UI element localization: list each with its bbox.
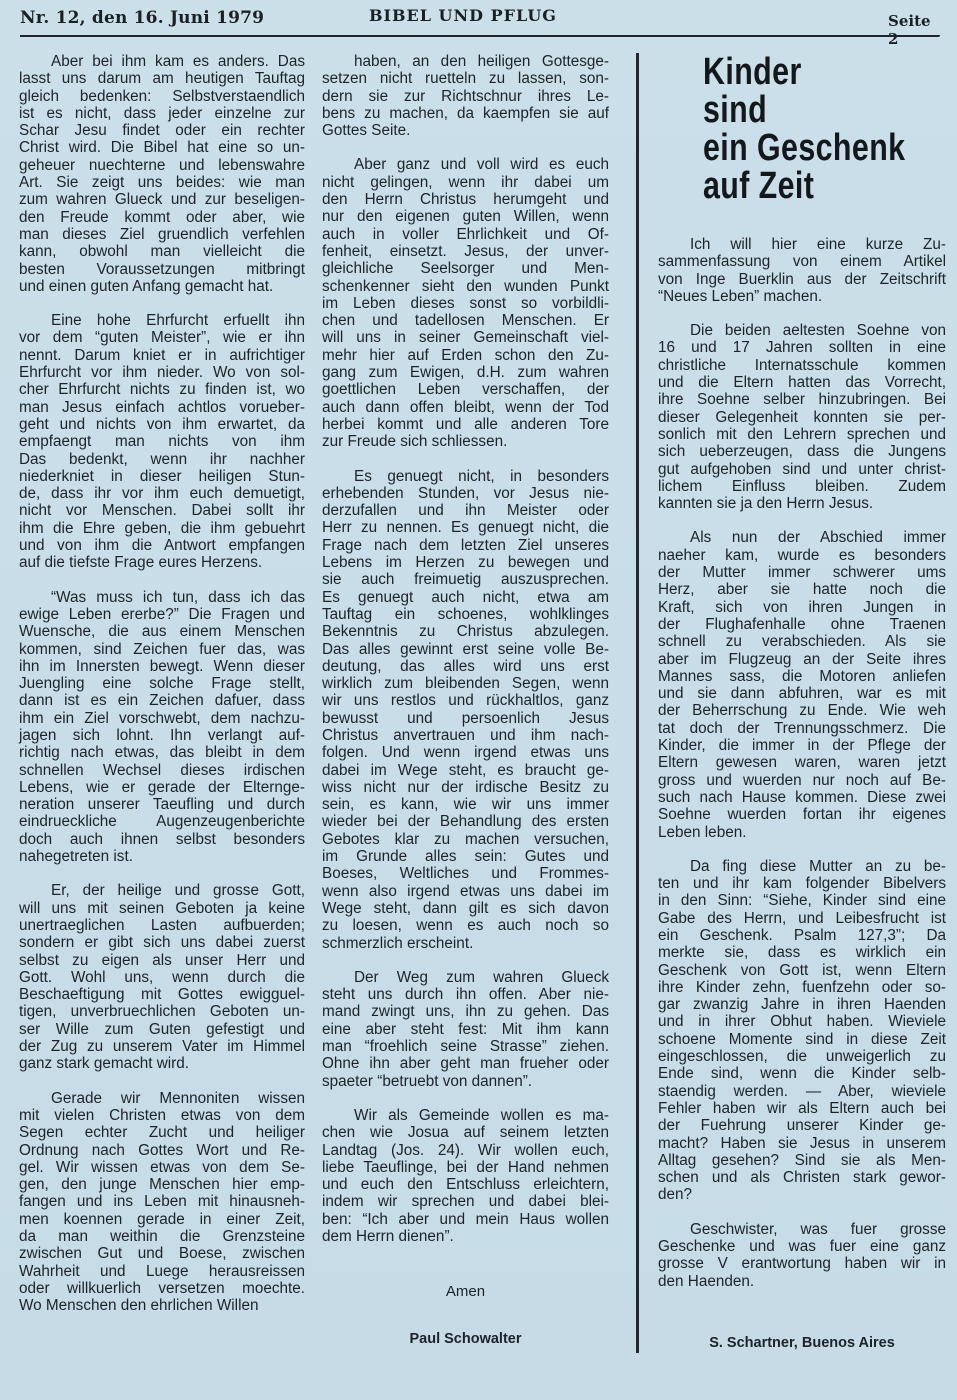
text-line: und in ihrer Obhut haben. Wieviele <box>658 1013 946 1030</box>
paragraph: Geschwister, was fuer grosseGeschenke un… <box>658 1221 946 1290</box>
text-line: Mannes sass, die Motoren anliefen <box>658 668 946 685</box>
text-line: schmerzlich erscheint. <box>322 935 609 952</box>
text-line: und von ihm die Antwort empfangen <box>19 537 305 554</box>
text-line: schen und als Christen stark gewor- <box>658 1169 946 1186</box>
text-line: Geschenk von Gott ist, wenn Eltern <box>658 962 946 979</box>
text-line: Boeses, Weltliches und Frommes- <box>322 865 609 882</box>
text-line: dann ist es ein Zeichen dafuer, dass <box>19 692 305 709</box>
text-line: merkte sie, dass es wirklich ein <box>658 944 946 961</box>
paragraph: Ich will hier eine kurze Zu-sammenfassun… <box>658 236 946 305</box>
text-line: Leben leben. <box>658 824 946 841</box>
text-line: de, dass ihr vor ihm euch demuetigt, <box>19 485 305 502</box>
text-line: bewusst und persoenlich Jesus <box>322 710 609 727</box>
text-line: eingeschlossen, die unweigerlich zu <box>658 1048 946 1065</box>
text-line: Gott. Wohl uns, wenn durch die <box>19 969 305 986</box>
text-line: Herr zu nennen. Es genuegt nicht, die <box>322 519 609 536</box>
text-line: auch in voller Ehrlichkeit und Of- <box>322 226 609 243</box>
text-line: goettlichen Leben verschaffen, der <box>322 381 609 398</box>
text-line: geheuer nuechterne und lebenswahre <box>19 157 305 174</box>
text-line: “Neues Leben” machen. <box>658 288 946 305</box>
text-line: 16 und 17 Jahren sollten in eine <box>658 339 946 356</box>
text-line: dieser Gelegenheit konnten sie per- <box>658 409 946 426</box>
text-line: Das alles gewinnt erst seine volle Be- <box>322 641 609 658</box>
text-line: Aber ganz und voll wird es euch <box>322 156 609 173</box>
text-line: der Fuehrung unserer Kinder ge- <box>658 1117 946 1134</box>
paragraph: Aber ganz und voll wird es euchnicht gel… <box>322 156 609 450</box>
text-line: Frage nach dem letzten Ziel unseres <box>322 537 609 554</box>
text-line: gar zwanzig Jahre in ihren Haenden <box>658 996 946 1013</box>
text-line: Beschaeftigung mit Gottes ewigguel- <box>19 986 305 1003</box>
text-line: und die Eltern hatten das Vorrecht, <box>658 374 946 391</box>
text-line: richtig nach etwas, das bleibt in dem <box>19 744 305 761</box>
text-line: Wege steht, dann gilt es sich davon <box>322 900 609 917</box>
text-line: Der Weg zum wahren Glueck <box>322 969 609 986</box>
text-line: ihre Soehne selber hinzubringen. Bei <box>658 391 946 408</box>
text-line: eindrueckliche Augenzeugenberichte <box>19 813 305 830</box>
text-line: kannten sie ja den Herrn Jesus. <box>658 495 946 512</box>
paragraph: haben, an den heiligen Gottesge-setzen n… <box>322 53 609 139</box>
paragraph: Der Weg zum wahren Gluecksteht uns durch… <box>322 969 609 1090</box>
text-line: men koennen gerade in einer Zeit, <box>19 1211 305 1228</box>
text-line: kann, obwohl man vielleicht die <box>19 243 305 260</box>
text-line: fenheit, einsetzt. Jesus, der unver- <box>322 243 609 260</box>
text-line: grosse V erantwortung haben wir in <box>658 1255 946 1272</box>
text-line: Ende sind, wenn die Kinder selb- <box>658 1065 946 1082</box>
text-line: zur Freude sich schliessen. <box>322 433 609 450</box>
paragraph: Er, der heilige und grosse Gott,will uns… <box>19 882 305 1072</box>
text-line: ser Wille zum Guten gefestigt und <box>19 1021 305 1038</box>
text-line: Die beiden aeltesten Soehne von <box>658 322 946 339</box>
article2-column: Ich will hier eine kurze Zu-sammenfassun… <box>658 236 946 1307</box>
headline-line: Kinder <box>703 53 906 91</box>
text-line: such nach Hause kommen. Diese zwei <box>658 789 946 806</box>
text-line: mit vielen Christen etwas von dem <box>19 1107 305 1124</box>
text-line: Juengling eine solche Frage stellt, <box>19 675 305 692</box>
text-line: folgen. Und wenn irgend etwas uns <box>322 744 609 761</box>
text-line: nicht vor Menschen. Dabei sollt ihr <box>19 502 305 519</box>
text-line: und euch den Entschluss erleichtern, <box>322 1176 609 1193</box>
text-line: Wahrheit und Luege herausreissen <box>19 1263 305 1280</box>
text-line: nur den eigenen guten Willen, wenn <box>322 208 609 225</box>
text-line: wenn also irgend etwas uns dabei im <box>322 883 609 900</box>
text-line: staendig werden. — Aber, wieviele <box>658 1083 946 1100</box>
text-line: wiss nicht nur der irdische Besitz zu <box>322 779 609 796</box>
text-line: empfaengt man nichts von ihm <box>19 433 305 450</box>
text-line: sondern er gibt sich uns dabei zuerst <box>19 934 305 951</box>
text-line: Eine hohe Ehrfurcht erfuellt ihn <box>19 312 305 329</box>
text-line: unertraeglichen Lasten aufbuerden; <box>19 917 305 934</box>
text-line: gleichliche Seelsorger und Men- <box>322 260 609 277</box>
text-line: neration unserer Taeufling und durch <box>19 796 305 813</box>
text-line: Schar Jesu findet oder ein rechter <box>19 122 305 139</box>
header-rule <box>20 35 940 37</box>
text-line: lasst uns darum am heutigen Tauftag <box>19 70 305 87</box>
text-line: will uns mit seinen Geboten ja keine <box>19 900 305 917</box>
text-line: Herz, aber sie hatte noch die <box>658 581 946 598</box>
text-line: schenkenner sieht den wunden Punkt <box>322 278 609 295</box>
text-line: Tauftag ein schoenes, wohlklinges <box>322 606 609 623</box>
text-line: sich ueberzeugen, dass die Jungens <box>658 443 946 460</box>
text-line: Kraft, sich von ihren Jungen in <box>658 599 946 616</box>
text-line: Gottes Seite. <box>322 122 609 139</box>
text-line: ihn im Innersten bewegt. Wenn dieser <box>19 658 305 675</box>
text-line: man dieses Ziel gruendlich verfehlen <box>19 226 305 243</box>
text-line: da man weithin die Grenzsteine <box>19 1228 305 1245</box>
text-line: Es genuegt auch nicht, etwa am <box>322 589 609 606</box>
text-line: gang zum Ewigen, d.H. zum wahren <box>322 364 609 381</box>
text-line: Wir als Gemeinde wollen es ma- <box>322 1107 609 1124</box>
text-line: oder willkuerlich versetzen moechte. <box>19 1280 305 1297</box>
text-line: “Was muss ich tun, dass ich das <box>19 589 305 606</box>
text-line: gleich bedenken: Selbstverstaendlich <box>19 88 305 105</box>
text-line: ihm die Ehre geben, die ihm gebuehrt <box>19 520 305 537</box>
text-line: Das bedenkt, wenn ihr nachher <box>19 451 305 468</box>
text-line: man Jesus einfach achtlos vorueber- <box>19 399 305 416</box>
text-line: Es genuegt nicht, in besonders <box>322 468 609 485</box>
text-line: setzen nicht ruetteln zu lassen, son- <box>322 70 609 87</box>
text-line: den Freude kommt oder aber, wie <box>19 209 305 226</box>
text-line: besten Voraussetzungen mitbringt <box>19 261 305 278</box>
text-line: dabei im Wege steht, es braucht ge- <box>322 762 609 779</box>
text-line: wirklich zum bleibenden Segen, wenn <box>322 675 609 692</box>
text-line: man “froehlich seine Strasse” ziehen. <box>322 1038 609 1055</box>
text-line: schnellen Wechsel dieses irdischen <box>19 762 305 779</box>
text-line: schnell zu verabschieden. Als sie <box>658 633 946 650</box>
text-line: ganz stark gemacht wird. <box>19 1055 305 1072</box>
text-line: der Zug zu unserem Vater im Himmel <box>19 1038 305 1055</box>
text-line: christliche Internatsschule kommen <box>658 357 946 374</box>
text-line: geht und nichts von ihm erwartet, da <box>19 416 305 433</box>
text-line: Alltag gesehen? Sind sie als Men- <box>658 1152 946 1169</box>
text-line: gut aufgehoben sind und unter christ- <box>658 461 946 478</box>
text-line: auch dann offen bleibt, wenn der Tod <box>322 399 609 416</box>
text-line: ihre Kinder zehn, fuenfzehn oder so- <box>658 979 946 996</box>
text-line: wieder bei der Behandlung des ersten <box>322 813 609 830</box>
text-line: Gebotes klar zu machen versuchen, <box>322 831 609 848</box>
column-divider <box>636 53 639 1353</box>
paragraph: Gerade wir Mennoniten wissenmit vielen C… <box>19 1090 305 1315</box>
text-line: den Herrn Christus herumgeht und <box>322 191 609 208</box>
text-line: gross und wuerden nur noch auf Be- <box>658 772 946 789</box>
issue-date: Nr. 12, den 16. Juni 1979 <box>20 8 264 28</box>
paragraph: Die beiden aeltesten Soehne von16 und 17… <box>658 322 946 512</box>
text-line: von Inge Buerklin aus der Zeitschrift <box>658 271 946 288</box>
text-line: chen wie Josua auf seinem letzten <box>322 1124 609 1141</box>
text-line: mand zwingt uns, ihn zu gehen. Das <box>322 1003 609 1020</box>
text-line: haben, an den heiligen Gottesge- <box>322 53 609 70</box>
text-line: nicht gelingen, wenn ihr dabei um <box>322 174 609 191</box>
text-line: Wo Menschen den ehrlichen Willen <box>19 1297 305 1314</box>
text-line: in den Sinn: “Siehe, Kinder sind eine <box>658 892 946 909</box>
text-line: chen und tadellosen Menschen. Er <box>322 312 609 329</box>
text-line: Geschwister, was fuer grosse <box>658 1221 946 1238</box>
text-line: Wuensche, die aus einem Menschen <box>19 623 305 640</box>
text-line: cher Ehrfurcht nichts zu finden ist, wo <box>19 381 305 398</box>
text-line: indem wir sprechen und dabei blei- <box>322 1193 609 1210</box>
text-line: naeher kam, wurde es besonders <box>658 547 946 564</box>
text-line: Da fing diese Mutter an zu be- <box>658 858 946 875</box>
text-line: Er, der heilige und grosse Gott, <box>19 882 305 899</box>
text-line: Ordnung nach Gottes Wort und Re- <box>19 1142 305 1159</box>
text-line: will uns in seiner Gemeinschaft viel- <box>322 329 609 346</box>
text-line: erhebenden Stunden, vor Jesus nie- <box>322 485 609 502</box>
text-line: Als nun der Abschied immer <box>658 529 946 546</box>
text-line: Fehler haben wir als Eltern auch bei <box>658 1100 946 1117</box>
text-line: gel. Wir wissen etwas von dem Se- <box>19 1159 305 1176</box>
text-line: jagen sich lohnt. Ihn verlangt auf- <box>19 727 305 744</box>
article1-column-1: Aber bei ihm kam es anders. Daslasst uns… <box>19 53 305 1331</box>
text-line: schoene Momente sind in diese Zeit <box>658 1031 946 1048</box>
text-line: Kinder, die immer in der Pflege der <box>658 737 946 754</box>
text-line: macht? Haben sie Jesus in unserem <box>658 1135 946 1152</box>
text-line: sie auch freimuetig auszusprechen. <box>322 571 609 588</box>
article1-closing: Amen <box>322 1283 609 1300</box>
text-line: Art. Sie zeigt uns beides: wie man <box>19 174 305 191</box>
text-line: tat doch der Trennungsschmerz. Die <box>658 720 946 737</box>
page-number: Seite 2 <box>888 12 945 48</box>
text-line: ist es nicht, dass jeder einzelne zur <box>19 105 305 122</box>
text-line: den Haenden. <box>658 1273 946 1290</box>
page-header: Nr. 12, den 16. Juni 1979 BIBEL UND PFLU… <box>20 6 945 36</box>
text-line: ihm ein Ziel vorschwebt, dem nachzu- <box>19 710 305 727</box>
text-line: dern sie zur Richtschnur ihres Le- <box>322 88 609 105</box>
text-line: doch auch ihnen selbst besonders <box>19 831 305 848</box>
text-line: im Leben dieses sonst so vorbildli- <box>322 295 609 312</box>
text-line: sein, es kann, wie wir uns immer <box>322 796 609 813</box>
text-line: selbst zu eigen als unser Herr und <box>19 952 305 969</box>
text-line: deutung, das alles wird uns erst <box>322 658 609 675</box>
text-line: Gerade wir Mennoniten wissen <box>19 1090 305 1107</box>
text-line: nennt. Darum kniet er in aufrichtiger <box>19 347 305 364</box>
text-line: Ohne ihn aber geht man frueher oder <box>322 1055 609 1072</box>
article1-author: Paul Schowalter <box>322 1331 609 1347</box>
text-line: lichem Einfluss bleiben. Zudem <box>658 478 946 495</box>
text-line: aber im Flugzeug an der Seite ihres <box>658 651 946 668</box>
paragraph: Eine hohe Ehrfurcht erfuellt ihnvor dem … <box>19 312 305 571</box>
text-line: auf die tiefste Frage eures Herzens. <box>19 554 305 571</box>
text-line: niederkniet in dieser heiligen Stun- <box>19 468 305 485</box>
text-line: gen, den junge Menschen hier emp- <box>19 1176 305 1193</box>
text-line: zwischen Gut und Boese, zwischen <box>19 1245 305 1262</box>
text-line: im Grunde alles sein: Gutes und <box>322 848 609 865</box>
text-line: der Flughafenhalle ohne Traenen <box>658 616 946 633</box>
article1-column-2: haben, an den heiligen Gottesge-setzen n… <box>322 53 609 1262</box>
article2-author: S. Schartner, Buenos Aires <box>658 1335 946 1351</box>
text-line: zum wahren Glueck und zur beseligen- <box>19 191 305 208</box>
text-line: Aber bei ihm kam es anders. Das <box>19 53 305 70</box>
paragraph: Aber bei ihm kam es anders. Daslasst uns… <box>19 53 305 295</box>
text-line: herbei kommt und alle anderen Tore <box>322 416 609 433</box>
text-line: Christus anvertrauen und ihm nach- <box>322 727 609 744</box>
text-line: derzufallen und ihn Meister oder <box>322 502 609 519</box>
headline-line: ein Geschenk <box>703 129 906 167</box>
text-line: Lebens im Herzen zu bewegen und <box>322 554 609 571</box>
text-line: der Mutter immer schwerer ums <box>658 564 946 581</box>
text-line: spaeter “betruebt von dannen”. <box>322 1073 609 1090</box>
text-line: ewige Leben ererbe?” Die Fragen und <box>19 606 305 623</box>
text-line: liebe Taeuflinge, bei der Hand nehmen <box>322 1159 609 1176</box>
text-line: ten und ihr kam folgender Bibelvers <box>658 875 946 892</box>
text-line: nahegetreten ist. <box>19 848 305 865</box>
paragraph: Als nun der Abschied immernaeher kam, wu… <box>658 529 946 840</box>
text-line: Christ wird. Die Bibel hat eine so un- <box>19 139 305 156</box>
text-line: Soehne wuerden fortan ihr eigenes <box>658 806 946 823</box>
paragraph: “Was muss ich tun, dass ich dasewige Leb… <box>19 589 305 866</box>
headline-line: sind <box>703 91 906 129</box>
paragraph: Da fing diese Mutter an zu be-ten und ih… <box>658 858 946 1204</box>
text-line: Ich will hier eine kurze Zu- <box>658 236 946 253</box>
text-line: tigen, unverbruechlichen Geboten un- <box>19 1003 305 1020</box>
text-line: Geschenke und was fuer eine ganz <box>658 1238 946 1255</box>
text-line: ben: “Ich aber und mein Haus wollen <box>322 1211 609 1228</box>
text-line: Segen echter Zucht und heiliger <box>19 1124 305 1141</box>
text-line: wir uns restlos und rückhaltlos, ganz <box>322 692 609 709</box>
text-line: bens zu machen, da kaempfen sie auf <box>322 105 609 122</box>
text-line: Ehrfurcht vor ihm nieder. Wo von sol- <box>19 364 305 381</box>
text-line: dem Herrn dienen”. <box>322 1228 609 1245</box>
text-line: mehr hier auf Erden schon den Zu- <box>322 347 609 364</box>
publication-title: BIBEL UND PFLUG <box>369 6 557 25</box>
text-line: der Beherrschung zu Ende. Wie weh <box>658 702 946 719</box>
text-line: vor dem “guten Meister”, wie er ihn <box>19 329 305 346</box>
text-line: Bekenntnis zu Christus abzulegen. <box>322 623 609 640</box>
text-line: zu loesen, wenn es auch noch so <box>322 917 609 934</box>
headline-line: auf Zeit <box>703 167 906 205</box>
text-line: Landtag (Jos. 24). Wir wollen euch, <box>322 1142 609 1159</box>
text-line: sammenfassung von einem Artikel <box>658 253 946 270</box>
text-line: ein Geschenk. Psalm 127,3”; Da <box>658 927 946 944</box>
text-line: und einen guten Anfang gemacht hat. <box>19 278 305 295</box>
text-line: Gabe des Herrn, und Leibesfrucht ist <box>658 910 946 927</box>
text-line: Eltern gewesen waren, waren jetzt <box>658 754 946 771</box>
text-line: und sie dann abfuhren, war es mit <box>658 685 946 702</box>
text-line: eine aber steht fest: Mit ihm kann <box>322 1021 609 1038</box>
text-line: fangen und ins Leben mit hinausneh- <box>19 1193 305 1210</box>
article2-headline: Kinder sind ein Geschenk auf Zeit <box>703 53 906 205</box>
text-line: den? <box>658 1186 946 1203</box>
text-line: kommen, sind Zeichen fuer das, was <box>19 641 305 658</box>
text-line: steht uns durch ihn offen. Aber nie- <box>322 986 609 1003</box>
paragraph: Es genuegt nicht, in besonderserhebenden… <box>322 468 609 952</box>
paragraph: Wir als Gemeinde wollen es ma-chen wie J… <box>322 1107 609 1245</box>
text-line: Lebens, wie er gerade der Elternge- <box>19 779 305 796</box>
text-line: sonlich mit den Lehrern sprechen und <box>658 426 946 443</box>
